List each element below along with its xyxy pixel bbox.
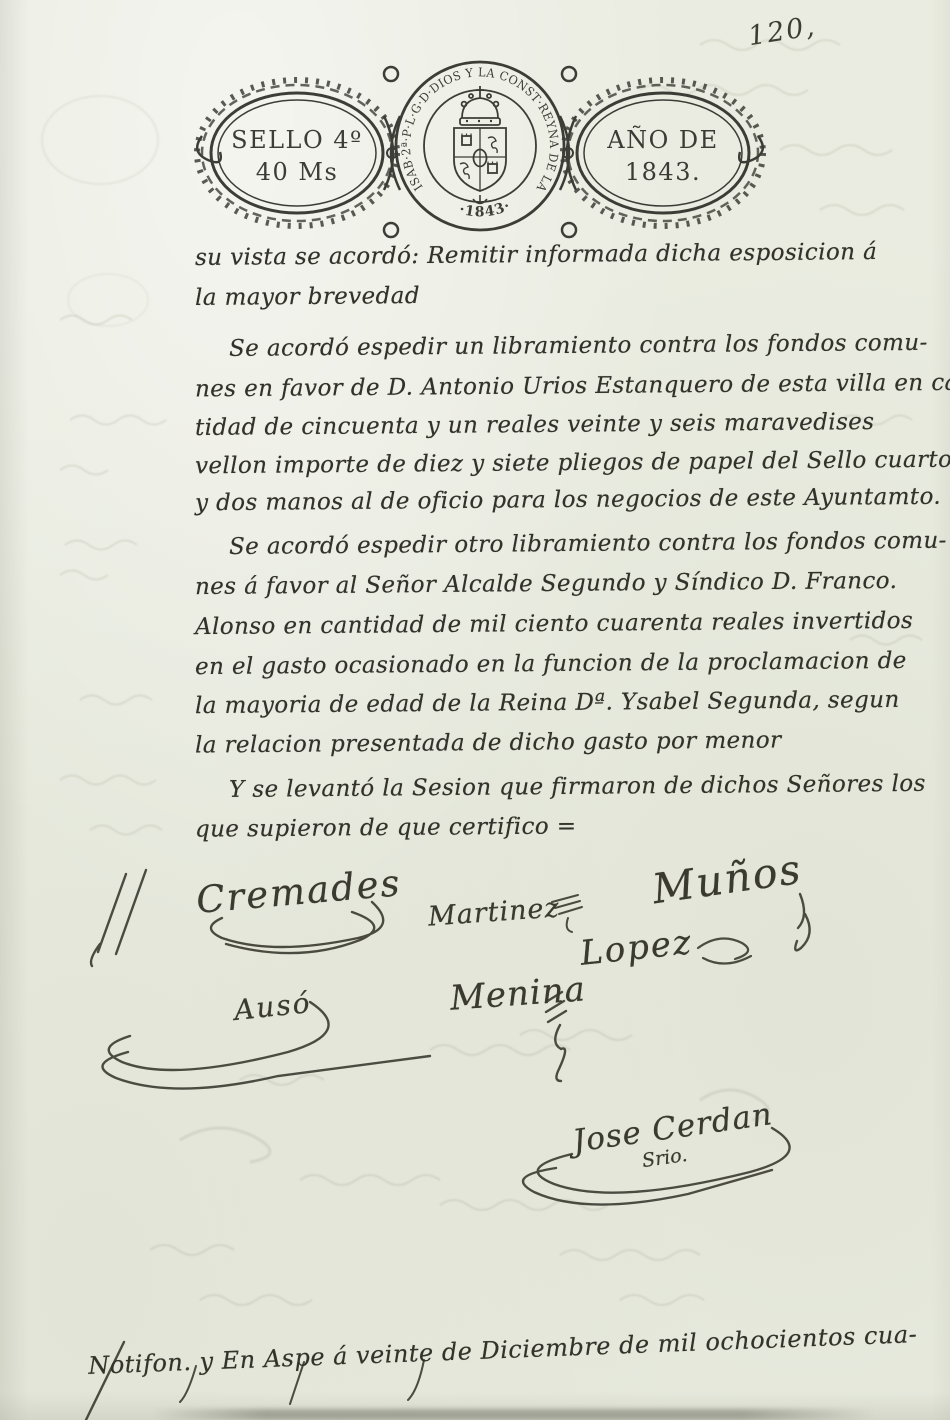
closing-line: Notifon. y En Aspe á veinte de Diciembre… bbox=[88, 1320, 918, 1380]
stamp-left-oval: SELLO 4º 40 Ms bbox=[211, 93, 383, 213]
manuscript-line: Y se levantó la Sesion que firmaron de d… bbox=[195, 771, 926, 803]
signature-lopez: Lopez bbox=[578, 922, 694, 974]
manuscript-line: nes á favor al Señor Alcalde Segundo y S… bbox=[195, 568, 898, 600]
manuscript-line: la relacion presentada de dicho gasto po… bbox=[195, 727, 782, 758]
manuscript-page: 120, bbox=[0, 0, 950, 1420]
manuscript-line: tidad de cincuenta y un reales veinte y … bbox=[195, 409, 875, 441]
manuscript-line: Se acordó espedir otro libramiento contr… bbox=[195, 528, 947, 561]
signature-martinez: Martinez bbox=[427, 892, 561, 932]
manuscript-line: su vista se acordó: Remitir informada di… bbox=[195, 239, 877, 271]
munos-rubric bbox=[795, 894, 809, 950]
revenue-stamp: SELLO 4º 40 Ms AÑO DE 1843. ISAB·2ª·P bbox=[190, 58, 770, 244]
signature-secretary-title: Srio. bbox=[641, 1144, 689, 1172]
manuscript-line: nes en favor de D. Antonio Urios Estanqu… bbox=[195, 370, 950, 403]
folio-number: 120, bbox=[746, 11, 818, 52]
stamp-denomination: SELLO 4º bbox=[231, 126, 363, 154]
lopez-rubric bbox=[698, 939, 751, 964]
signature-munos: Muños bbox=[649, 845, 805, 913]
manuscript-line: Alonso en cantidad de mil ciento cuarent… bbox=[195, 608, 913, 640]
stamp-year-label: AÑO DE bbox=[606, 124, 718, 154]
manuscript-line: la mayor brevedad bbox=[195, 283, 420, 311]
signature-auso: Ausó bbox=[232, 986, 313, 1027]
initial-mark-rubric bbox=[91, 870, 146, 966]
manuscript-line: y dos manos al de oficio para los negoci… bbox=[195, 484, 941, 517]
signature-menina: Menina bbox=[449, 969, 587, 1018]
manuscript-line: Se acordó espedir un libramiento contra … bbox=[195, 330, 928, 362]
scan-edge-smudge bbox=[0, 1409, 950, 1420]
stamp-right-oval: AÑO DE 1843. bbox=[577, 93, 749, 213]
stamp-year-value: 1843. bbox=[625, 158, 701, 186]
signature-cremades: Cremades bbox=[195, 861, 404, 922]
royal-arms-shield bbox=[454, 128, 506, 204]
manuscript-line: que supieron de que certifico = bbox=[195, 813, 577, 842]
manuscript-line: la mayoria de edad de la Reina Dª. Ysabe… bbox=[195, 687, 900, 719]
manuscript-line: en el gasto ocasionado en la funcion de … bbox=[195, 648, 907, 680]
manuscript-line: vellon importe de diez y siete pliegos d… bbox=[195, 447, 950, 480]
stamp-price: 40 Ms bbox=[256, 158, 339, 186]
